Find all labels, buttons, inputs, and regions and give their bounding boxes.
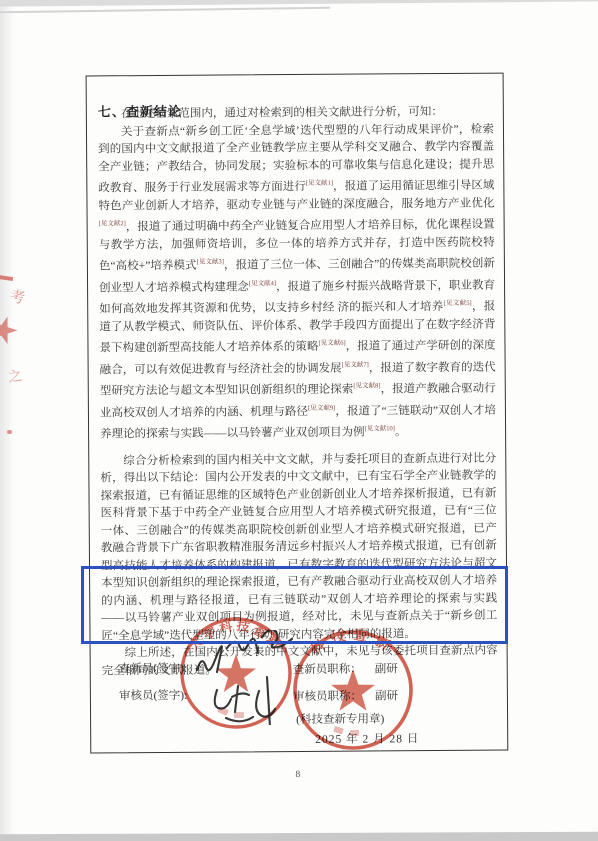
- stamp-fragment-glyph: 之: [6, 365, 23, 387]
- right-seal-star-icon: [331, 669, 375, 711]
- stamp-fragment-glyph: 考: [8, 284, 28, 308]
- citation-superscript: [见文献8]: [353, 382, 380, 389]
- page-number: 8: [295, 770, 300, 780]
- citation-superscript: [见文献7]: [342, 361, 369, 368]
- stamp-star-icon: ★: [0, 308, 24, 352]
- scanned-report-page: 考 ★ 之 七、查新结论 在上述检索范围内，通过对检索到的相关文献进行分析，可知…: [0, 0, 598, 841]
- paragraph: 在上述检索范围内，通过对检索到的相关文献进行分析，可知：: [98, 104, 494, 124]
- citation-superscript: [见文献10]: [365, 425, 395, 432]
- citation-superscript: [见文献4]: [249, 280, 276, 287]
- handwritten-signatures: [183, 630, 333, 725]
- stamp-fragment-dot: [7, 430, 12, 434]
- paragraph: 关于查新点“新乡创工匠‘全息学域’迭代型塑的八年行动成果评价”，检索到的国内中文…: [98, 121, 496, 444]
- conclusion-highlight-box: [81, 566, 508, 644]
- margin-partial-stamp: 考 ★ 之: [0, 244, 36, 454]
- citation-superscript: [见文献1]: [306, 180, 333, 187]
- citation-superscript: [见文献5]: [443, 300, 471, 307]
- citation-superscript: [见文献9]: [308, 404, 335, 411]
- reviewer-signature: [215, 677, 275, 725]
- citation-superscript: [见文献2]: [99, 220, 126, 227]
- citation-superscript: [见文献3]: [197, 259, 224, 266]
- citation-superscript: [见文献6]: [318, 340, 345, 347]
- stamp-fragment-dash: [0, 275, 13, 281]
